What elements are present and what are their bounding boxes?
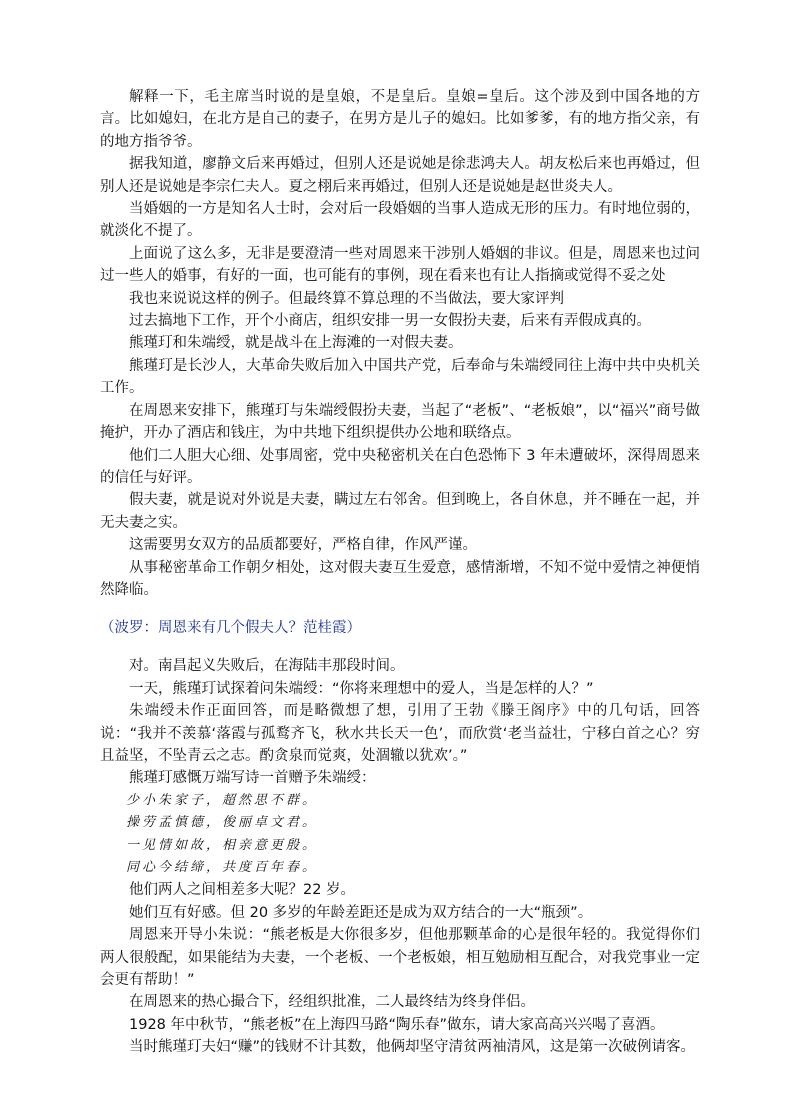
paragraph: 熊瑾玎和朱端绶，就是战斗在上海滩的一对假夫妻。 <box>100 332 700 354</box>
paragraph: 周恩来开导小朱说：“熊老板是大你很多岁，但他那颗革命的心是很年轻的。我觉得你们两… <box>100 924 700 991</box>
paragraph: 当婚姻的一方是知名人士时，会对后一段婚姻的当事人造成无形的压力。有时地位弱的，就… <box>100 198 700 243</box>
paragraph: 对。南昌起义失败后，在海陆丰那段时间。 <box>100 655 700 677</box>
paragraph: 1928 年中秋节，“熊老板”在上海四马路“陶乐春”做东，请大家高高兴兴喝了喜酒… <box>100 1014 700 1036</box>
paragraph: 她们互有好感。但 20 多岁的年龄差距还是成为双方结合的一大“瓶颈”。 <box>100 902 700 924</box>
poem-line: 操劳孟慎德，俊丽卓文君。 <box>100 812 700 834</box>
paragraph: 过去搞地下工作，开个小商店，组织安排一男一女假扮夫妻，后来有弄假成真的。 <box>100 310 700 332</box>
document-page: 解释一下，毛主席当时说的是皇娘，不是皇后。皇娘=皇后。这个涉及到中国各地的方言。… <box>100 86 700 1059</box>
poem: 少小朱家子，超然思不群。 操劳孟慎德，俊丽卓文君。 一见情如故，相亲意更殷。 同… <box>100 790 700 880</box>
paragraph: 在周恩来安排下，熊瑾玎与朱端绶假扮夫妻，当起了“老板”、“老板娘”，以“福兴”商… <box>100 400 700 445</box>
paragraph: 当时熊瑾玎夫妇“赚”的钱财不计其数，他俩却坚守清贫两袖清风，这是第一次破例请客。 <box>100 1036 700 1058</box>
paragraph: 熊瑾玎感慨万端写诗一首赠予朱端绶： <box>100 767 700 789</box>
poem-line: 一见情如故，相亲意更殷。 <box>100 835 700 857</box>
paragraph: 假夫妻，就是说对外说是夫妻，瞒过左右邻舍。但到晚上，各自休息，并不睡在一起，并无… <box>100 489 700 534</box>
paragraph: 朱端绶未作正面回答，而是略微想了想，引用了王勃《滕王阁序》中的几句话，回答说：“… <box>100 700 700 767</box>
paragraph: 据我知道，廖静文后来再婚过，但别人还是说她是徐悲鸿夫人。胡友松后来也再婚过，但别… <box>100 153 700 198</box>
paragraph: 在周恩来的热心撮合下，经组织批准，二人最终结为终身伴侣。 <box>100 991 700 1013</box>
poem-line: 少小朱家子，超然思不群。 <box>100 790 700 812</box>
paragraph: 这需要男女双方的品质都要好，严格自律，作风严谨。 <box>100 534 700 556</box>
paragraph: 熊瑾玎是长沙人，大革命失败后加入中国共产党，后奉命与朱端绶同往上海中共中央机关工… <box>100 355 700 400</box>
paragraph: 解释一下，毛主席当时说的是皇娘，不是皇后。皇娘=皇后。这个涉及到中国各地的方言。… <box>100 86 700 153</box>
paragraph: 我也来说说这样的例子。但最终算不算总理的不当做法，要大家评判 <box>100 288 700 310</box>
paragraph: 他们二人胆大心细、处事周密，党中央秘密机关在白色恐怖下 3 年未遭破坏，深得周恩… <box>100 445 700 490</box>
paragraph: 从事秘密革命工作朝夕相处，这对假夫妻互生爱意，感情渐增，不知不觉中爱情之神便悄然… <box>100 557 700 602</box>
paragraph: 他们两人之间相差多大呢？22 岁。 <box>100 879 700 901</box>
reply-link[interactable]: （波罗：周恩来有几个假夫人？范桂霞） <box>100 617 700 639</box>
paragraph: 上面说了这么多，无非是要澄清一些对周恩来干涉别人婚姻的非议。但是，周恩来也过问过… <box>100 243 700 288</box>
poem-line: 同心今结缔，共度百年春。 <box>100 857 700 879</box>
paragraph: 一天，熊瑾玎试探着问朱端绶：“你将来理想中的爱人，当是怎样的人？” <box>100 678 700 700</box>
